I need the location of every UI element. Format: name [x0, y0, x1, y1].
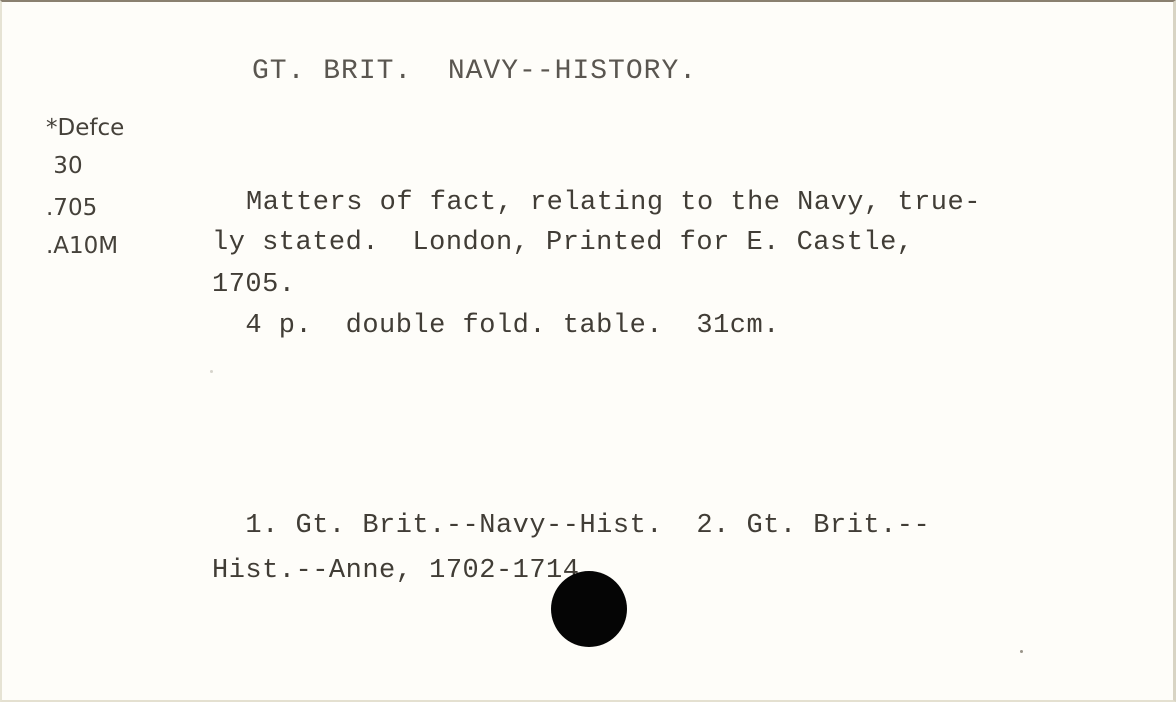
punch-hole — [551, 571, 627, 647]
imprint-date: 1705. — [212, 269, 296, 301]
title-line-2: ly stated. London, Printed for E. Castle… — [212, 227, 914, 259]
subject-heading: GT. BRIT. NAVY--HISTORY. — [252, 56, 697, 88]
tracings-line-1: 1. Gt. Brit.--Navy--Hist. 2. Gt. Brit.-- — [212, 510, 930, 542]
call-number-line-4: .A10M — [46, 232, 118, 260]
call-number-line-2: 30 — [46, 152, 83, 180]
catalog-card: GT. BRIT. NAVY--HISTORY. *Defce 30 .705 … — [0, 0, 1176, 702]
collation: 4 p. double fold. table. 31cm. — [212, 310, 780, 342]
call-number-line-3: .705 — [46, 194, 97, 222]
call-number-line-1: *Defce — [46, 114, 124, 142]
paper-speck — [1020, 650, 1023, 653]
tracings-line-2: Hist.--Anne, 1702-1714. — [212, 555, 596, 587]
title-line-1: Matters of fact, relating to the Navy, t… — [246, 187, 981, 219]
paper-speck — [210, 370, 213, 373]
